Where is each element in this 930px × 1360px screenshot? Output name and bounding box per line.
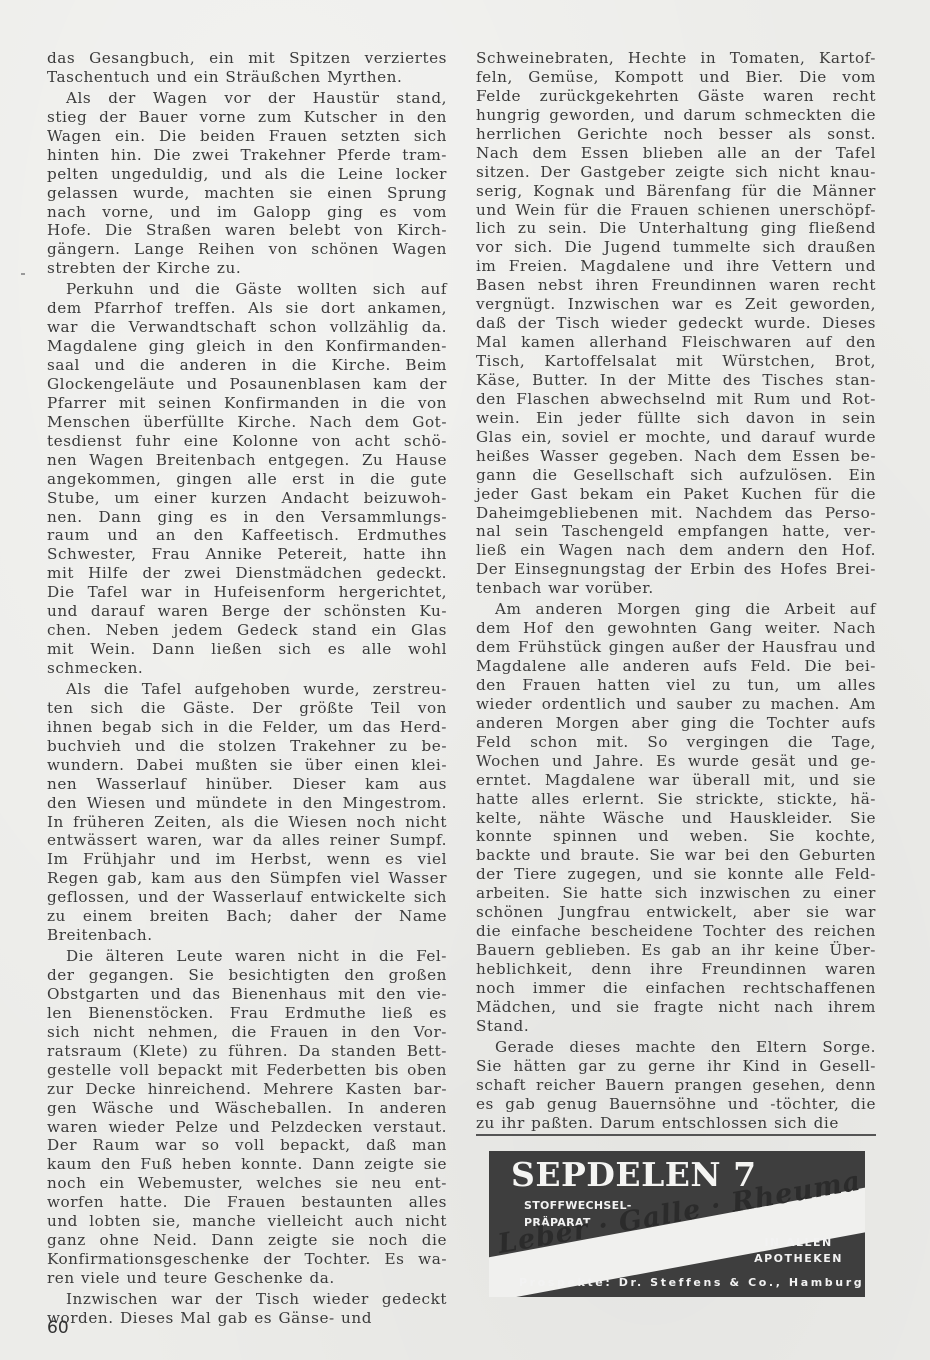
text-line: der Tiere zugegen, und sie konnte alle F… <box>476 865 876 884</box>
text-line: Als die Tafel aufgehoben wurde, zerstreu… <box>47 680 447 699</box>
text-line: entwässert waren, war da alles reiner Su… <box>47 831 447 850</box>
text-line: Sie hätten gar zu gerne ihr Kind in Gese… <box>476 1057 876 1076</box>
text-line: Wochen und Jahre. Es wurde gesät und ge- <box>476 752 876 771</box>
column-divider-rule <box>476 1134 876 1136</box>
text-line: buchvieh und die stolzen Trakehner zu be… <box>47 737 447 756</box>
text-line: gestelle voll bepackt mit Federbetten bi… <box>47 1061 447 1080</box>
text-line: Gerade dieses machte den Eltern Sorge. <box>476 1038 876 1057</box>
text-line: erntet. Magdalene war überall mit, und s… <box>476 771 876 790</box>
text-line: zu ihr paßten. Darum entschlossen sich d… <box>476 1114 876 1133</box>
text-line: Magdalene ging gleich in den Konfirmande… <box>47 337 447 356</box>
text-line: gen Wäsche und Wäscheballen. In anderen <box>47 1099 447 1118</box>
text-line: kelte, nähte Wäsche und Hauskleider. Sie <box>476 809 876 828</box>
text-line: backte und braute. Sie war bei den Gebur… <box>476 846 876 865</box>
text-line: den Wiesen und mündete in den Mingestrom… <box>47 794 447 813</box>
text-line: konnte spinnen und weben. Sie kochte, <box>476 827 876 846</box>
text-line: den Flaschen abwechselnd mit Rum und Rot… <box>476 390 876 409</box>
text-line: anderen Morgen aber ging die Tochter auf… <box>476 714 876 733</box>
text-line: Taschentuch und ein Sträußchen Myrthen. <box>47 68 447 87</box>
text-line: Bauern geblieben. Es gab an ihr keine Üb… <box>476 941 876 960</box>
text-line: Die Tafel war in Hufeisenform hergericht… <box>47 583 447 602</box>
text-line: arbeiten. Sie hatte sich inzwischen zu e… <box>476 884 876 903</box>
text-line: Basen nebst ihren Freundinnen waren rech… <box>476 276 876 295</box>
text-line: Obstgarten und das Bienenhaus mit den vi… <box>47 985 447 1004</box>
text-line: Glas ein, soviel er mochte, und darauf w… <box>476 428 876 447</box>
text-line: schaft reicher Bauern prangen gesehen, d… <box>476 1076 876 1095</box>
text-line: nal sein Taschengeld empfangen hatte, ve… <box>476 522 876 541</box>
text-line: ratsraum (Klete) zu führen. Da standen B… <box>47 1042 447 1061</box>
text-line: nen. Dann ging es in den Versammlungs- <box>47 508 447 527</box>
text-line: Konfirmationsgeschenke der Tochter. Es w… <box>47 1250 447 1269</box>
left-text-column: das Gesangbuch, ein mit Spitzen verziert… <box>47 49 447 1328</box>
text-line: heblichkeit, denn ihre Freundinnen waren <box>476 960 876 979</box>
ad-availability-line-2: APOTHEKEN <box>754 1251 843 1267</box>
text-line: ließ ein Wagen nach dem andern den Hof. <box>476 541 876 560</box>
text-line: schönen Jungfrau entwickelt, aber sie wa… <box>476 903 876 922</box>
text-line: Mal kamen allerhand Fleischwaren auf den <box>476 333 876 352</box>
text-line: sich nicht nehmen, die Frauen in den Vor… <box>47 1023 447 1042</box>
text-line: len Bienenstöcken. Frau Erdmuthe ließ es <box>47 1004 447 1023</box>
right-text-column: Schweinebraten, Hechte in Tomaten, Karto… <box>476 49 876 1132</box>
text-line: Als der Wagen vor der Haustür stand, <box>47 89 447 108</box>
text-line: angekommen, gingen alle erst in die gute <box>47 470 447 489</box>
text-line: hinten hin. Die zwei Trakehner Pferde tr… <box>47 146 447 165</box>
text-line: Hofe. Die Straßen waren belebt von Kirch… <box>47 221 447 240</box>
text-line: Wagen ein. Die beiden Frauen setzten sic… <box>47 127 447 146</box>
text-line: Pfarrer mit seinen Konfirmanden in die v… <box>47 394 447 413</box>
text-line: hatte alles erlernt. Sie strickte, stick… <box>476 790 876 809</box>
text-line: nach vorne, und im Galopp ging es vom <box>47 203 447 222</box>
text-line: dem Frühstück gingen außer der Hausfrau … <box>476 638 876 657</box>
text-line: raum und an den Kaffeetisch. Erdmuthes <box>47 526 447 545</box>
text-line: worfen hatte. Die Frauen bestaunten alle… <box>47 1193 447 1212</box>
text-line: Feld schon mit. So vergingen die Tage, <box>476 733 876 752</box>
text-line: mit Wein. Dann ließen sich es alle wohl <box>47 640 447 659</box>
text-line: daß der Tisch wieder gedeckt wurde. Dies… <box>476 314 876 333</box>
page-number: 60 <box>47 1318 69 1338</box>
text-line: Nach dem Essen blieben alle an der Tafel <box>476 144 876 163</box>
print-speck <box>21 273 25 275</box>
text-line: Regen gab, kam aus den Sümpfen viel Wass… <box>47 869 447 888</box>
text-line: Menschen überfüllte Kirche. Nach dem Got… <box>47 413 447 432</box>
text-line: gann die Gesellschaft sich aufzulösen. E… <box>476 466 876 485</box>
text-line: sitzen. Der Gastgeber zeigte sich nicht … <box>476 163 876 182</box>
text-line: die einfache bescheidene Tochter des rei… <box>476 922 876 941</box>
text-line: Breitenbach. <box>47 926 447 945</box>
ad-footer-address: Prospekte: Dr. Steffens & Co., Hamburg 1 <box>519 1276 865 1289</box>
text-line: mit Hilfe der zwei Dienstmädchen gedeckt… <box>47 564 447 583</box>
text-line: Im Frühjahr und im Herbst, wenn es viel <box>47 850 447 869</box>
text-line: den Frauen hatten viel zu tun, um alles <box>476 676 876 695</box>
text-line: Die älteren Leute waren nicht in die Fel… <box>47 947 447 966</box>
text-line: tenbach war vorüber. <box>476 579 876 598</box>
text-line: der gegangen. Sie besichtigten den große… <box>47 966 447 985</box>
text-line: Daheimgebliebenen mit. Nachdem das Perso… <box>476 504 876 523</box>
text-line: gelassen wurde, machten sie einen Sprung <box>47 184 447 203</box>
text-line: zur Decke hinreichend. Mehrere Kasten ba… <box>47 1080 447 1099</box>
text-line: wieder ordentlich und sauber zu machen. … <box>476 695 876 714</box>
text-line: und Wein für die Frauen schienen unersch… <box>476 201 876 220</box>
text-line: Glockengeläute und Posaunenblasen kam de… <box>47 375 447 394</box>
text-line: Stand. <box>476 1017 876 1036</box>
text-line: hungrig geworden, und darum schmeckten d… <box>476 106 876 125</box>
text-line: dem Hof den gewohnten Gang weiter. Nach <box>476 619 876 638</box>
text-line: Käse, Butter. In der Mitte des Tisches s… <box>476 371 876 390</box>
text-line: ten sich die Gäste. Der größte Teil von <box>47 699 447 718</box>
ad-availability-line-1: IN ALLEN <box>754 1235 843 1251</box>
text-line: es gab genug Bauernsöhne und -töchter, d… <box>476 1095 876 1114</box>
text-line: waren wieder Pelze und Pelzdecken versta… <box>47 1118 447 1137</box>
text-line: pelten ungeduldig, und als die Leine loc… <box>47 165 447 184</box>
text-line: geflossen, und der Wasserlauf entwickelt… <box>47 888 447 907</box>
text-line: Stube, um einer kurzen Andacht beizuwoh- <box>47 489 447 508</box>
text-line: nen Wasserlauf hinüber. Dieser kam aus <box>47 775 447 794</box>
text-line: heißes Wasser gegeben. Nach dem Essen be… <box>476 447 876 466</box>
ad-availability: IN ALLEN APOTHEKEN <box>754 1235 843 1267</box>
text-line: chen. Neben jedem Gedeck stand ein Glas <box>47 621 447 640</box>
text-line: kaum den Fuß heben konnte. Dann zeigte s… <box>47 1155 447 1174</box>
text-line: Der Einsegnungstag der Erbin des Hofes B… <box>476 560 876 579</box>
text-line: jeder Gast bekam ein Paket Kuchen für di… <box>476 485 876 504</box>
text-line: dem Pfarrhof treffen. Als sie dort ankam… <box>47 299 447 318</box>
text-line: saal und die anderen in die Kirche. Beim <box>47 356 447 375</box>
text-line: wundern. Dabei mußten sie über einen kle… <box>47 756 447 775</box>
text-line: vor sich. Die Jugend tummelte sich drauß… <box>476 238 876 257</box>
text-line: noch ein Webemuster, welches sie neu ent… <box>47 1174 447 1193</box>
text-line: serig, Kognak und Bärenfang für die Männ… <box>476 182 876 201</box>
text-line: ihnen begab sich in die Felder, um das H… <box>47 718 447 737</box>
text-line: Am anderen Morgen ging die Arbeit auf <box>476 600 876 619</box>
text-line: und lobten sie, manche vielleicht auch n… <box>47 1212 447 1231</box>
text-line: feln, Gemüse, Kompott und Bier. Die vom <box>476 68 876 87</box>
text-line: Felde zurückgekehrten Gäste waren recht <box>476 87 876 106</box>
text-line: nen Wagen Breitenbach entgegen. Zu Hause <box>47 451 447 470</box>
text-line: im Freien. Magdalene und ihre Vettern un… <box>476 257 876 276</box>
text-line: lich zu sein. Die Unterhaltung ging flie… <box>476 219 876 238</box>
text-line: herrlichen Gerichte noch besser als sons… <box>476 125 876 144</box>
text-line: war die Verwandtschaft schon vollzählig … <box>47 318 447 337</box>
text-line: In früheren Zeiten, als die Wiesen noch … <box>47 813 447 832</box>
ad-brand-name: SEPDELEN 7 <box>511 1155 757 1194</box>
text-line: wein. Ein jeder füllte sich davon in sei… <box>476 409 876 428</box>
text-line: Schwester, Frau Annike Petereit, hatte i… <box>47 545 447 564</box>
text-line: worden. Dieses Mal gab es Gänse- und <box>47 1309 447 1328</box>
text-line: stieg der Bauer vorne zum Kutscher in de… <box>47 108 447 127</box>
text-line: vergnügt. Inzwischen war es Zeit geworde… <box>476 295 876 314</box>
text-line: strebten der Kirche zu. <box>47 259 447 278</box>
text-line: das Gesangbuch, ein mit Spitzen verziert… <box>47 49 447 68</box>
text-line: ganz ohne Neid. Dann zeigte sie noch die <box>47 1231 447 1250</box>
text-line: zu einem breiten Bach; daher der Name <box>47 907 447 926</box>
text-line: Mädchen, und sie fragte nicht nach ihrem <box>476 998 876 1017</box>
text-line: ren viele und teure Geschenke da. <box>47 1269 447 1288</box>
text-line: Schweinebraten, Hechte in Tomaten, Karto… <box>476 49 876 68</box>
text-line: tesdienst fuhr eine Kolonne von acht sch… <box>47 432 447 451</box>
magazine-page: das Gesangbuch, ein mit Spitzen verziert… <box>0 0 930 1360</box>
text-line: Der Raum war so voll bepackt, daß man <box>47 1136 447 1155</box>
text-line: Inzwischen war der Tisch wieder gedeckt <box>47 1290 447 1309</box>
text-line: Tisch, Kartoffelsalat mit Würstchen, Bro… <box>476 352 876 371</box>
sepdelen-advertisement: SEPDELEN 7 STOFFWECHSEL- PRÄPARAT Leber … <box>489 1151 865 1297</box>
text-line: gängern. Lange Reihen von schönen Wagen <box>47 240 447 259</box>
text-line: schmecken. <box>47 659 447 678</box>
text-line: Perkuhn und die Gäste wollten sich auf <box>47 280 447 299</box>
text-line: Magdalene alle anderen aufs Feld. Die be… <box>476 657 876 676</box>
text-line: und darauf waren Berge der schönsten Ku- <box>47 602 447 621</box>
text-line: noch immer die einfachen rechtschaffenen <box>476 979 876 998</box>
